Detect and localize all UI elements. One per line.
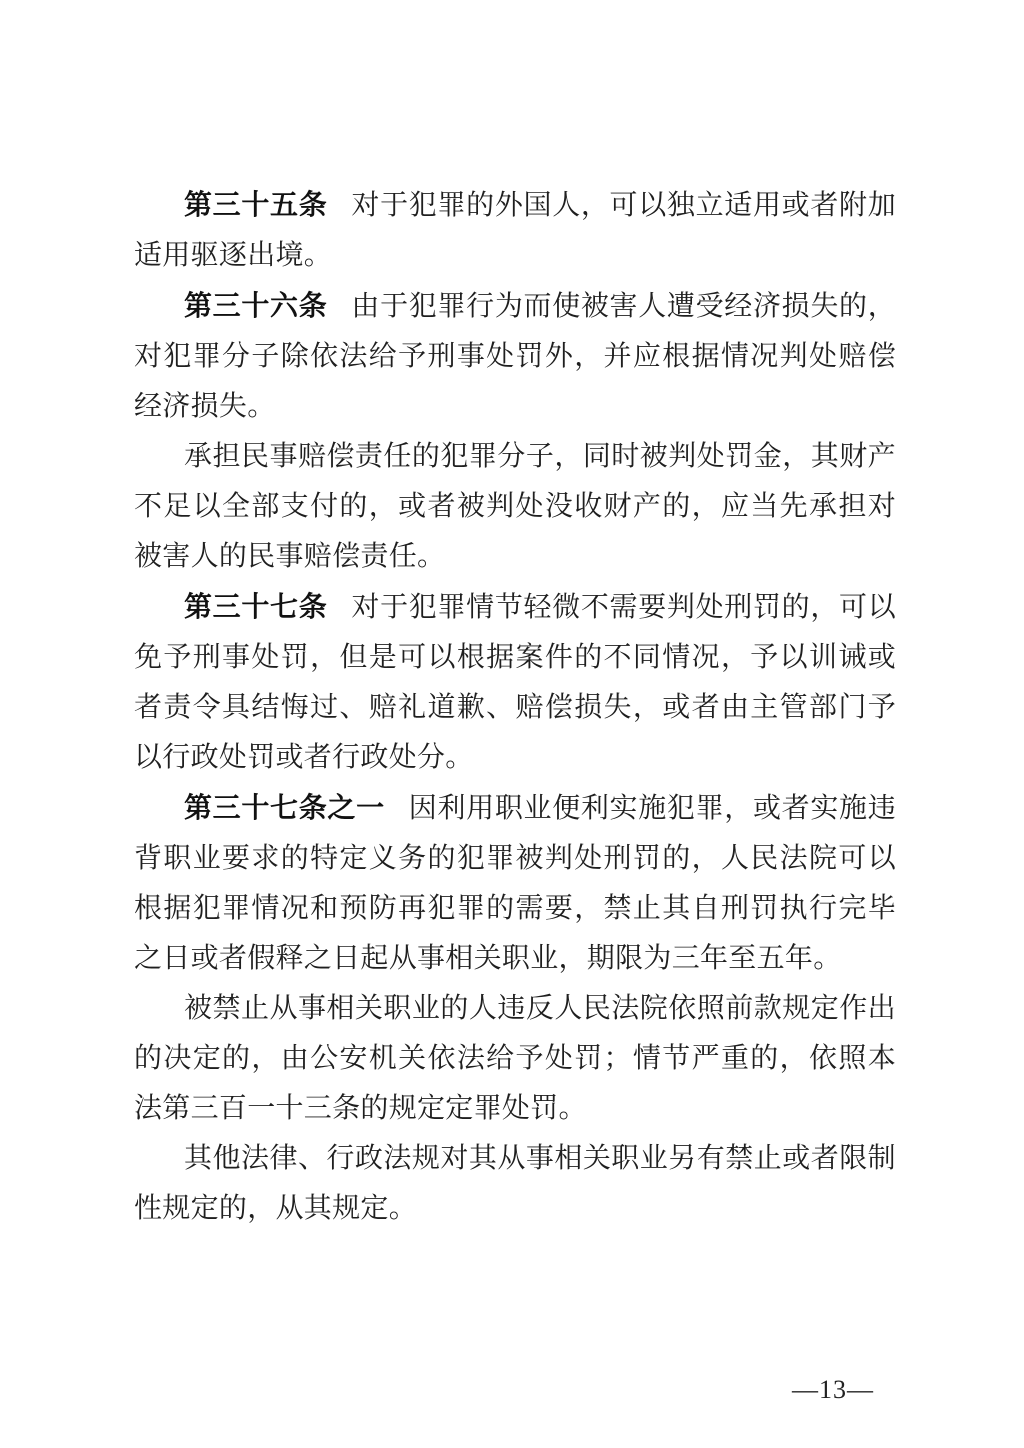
- paragraph-text: 其他法律、行政法规对其从事相关职业另有禁止或者限制性规定的，从其规定。: [134, 1143, 896, 1224]
- paragraph-text: 被禁止从事相关职业的人违反人民法院依照前款规定作出的决定的，由公安机关依法给予处…: [134, 993, 896, 1124]
- paragraph-article-37-1-clause-2: 被禁止从事相关职业的人违反人民法院依照前款规定作出的决定的，由公安机关依法给予处…: [134, 984, 896, 1134]
- paragraph-article-35: 第三十五条对于犯罪的外国人，可以独立适用或者附加适用驱逐出境。: [134, 180, 896, 281]
- paragraph-article-37-1-clause-3: 其他法律、行政法规对其从事相关职业另有禁止或者限制性规定的，从其规定。: [134, 1134, 896, 1234]
- paragraph-article-36: 第三十六条由于犯罪行为而使被害人遭受经济损失的，对犯罪分子除依法给予刑事处罚外，…: [134, 281, 896, 432]
- article-number: 第三十七条: [184, 591, 327, 622]
- article-number: 第三十七条之一: [184, 792, 385, 823]
- paragraph-text: 承担民事赔偿责任的犯罪分子，同时被判处罚金，其财产不足以全部支付的，或者被判处没…: [134, 441, 896, 572]
- article-number: 第三十五条: [184, 189, 327, 220]
- paragraph-article-37-1: 第三十七条之一因利用职业便利实施犯罪，或者实施违背职业要求的特定义务的犯罪被判处…: [134, 783, 896, 984]
- law-text-block: 第三十五条对于犯罪的外国人，可以独立适用或者附加适用驱逐出境。 第三十六条由于犯…: [134, 180, 896, 1234]
- paragraph-article-36-clause-2: 承担民事赔偿责任的犯罪分子，同时被判处罚金，其财产不足以全部支付的，或者被判处没…: [134, 432, 896, 582]
- document-page: 第三十五条对于犯罪的外国人，可以独立适用或者附加适用驱逐出境。 第三十六条由于犯…: [0, 0, 1024, 1448]
- article-number: 第三十六条: [184, 290, 327, 321]
- paragraph-article-37: 第三十七条对于犯罪情节轻微不需要判处刑罚的，可以免予刑事处罚，但是可以根据案件的…: [134, 582, 896, 783]
- page-number: —13—: [792, 1372, 874, 1408]
